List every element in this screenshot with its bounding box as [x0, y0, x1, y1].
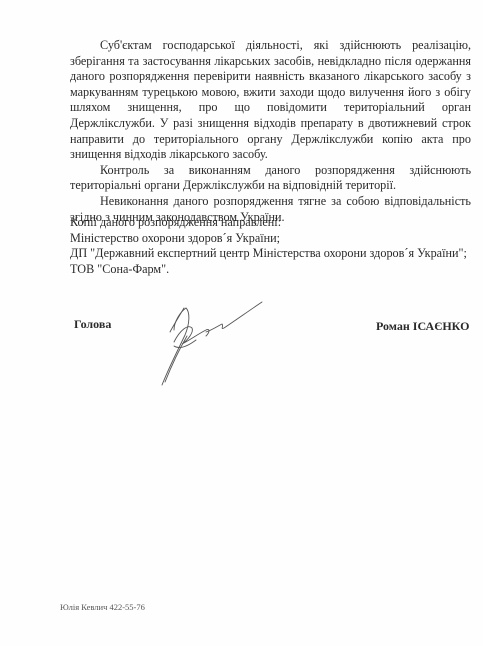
recipient-expert-center: ДП "Державний експертний центр Міністерс…: [70, 246, 480, 262]
copies-heading: Копії даного розпорядження направлені:: [70, 215, 480, 231]
handwritten-signature: [140, 290, 270, 390]
paragraph-control: Контроль за виконанням даного розпорядже…: [70, 163, 471, 194]
copies-list: Копії даного розпорядження направлені: М…: [70, 215, 480, 277]
paragraph-instructions: Суб'єктам господарської діяльності, які …: [70, 38, 471, 163]
document-body: Суб'єктам господарської діяльності, які …: [70, 38, 471, 225]
recipient-ministry: Міністерство охорони здоров´я України;: [70, 231, 480, 247]
recipient-company: ТОВ "Сона-Фарм".: [70, 262, 480, 278]
document-page: Суб'єктам господарської діяльності, які …: [0, 0, 483, 646]
signatory-name: Роман ІСАЄНКО: [376, 319, 469, 334]
executor-contact: Юлія Кевлич 422-55-76: [60, 602, 145, 612]
signatory-title: Голова: [74, 317, 111, 332]
